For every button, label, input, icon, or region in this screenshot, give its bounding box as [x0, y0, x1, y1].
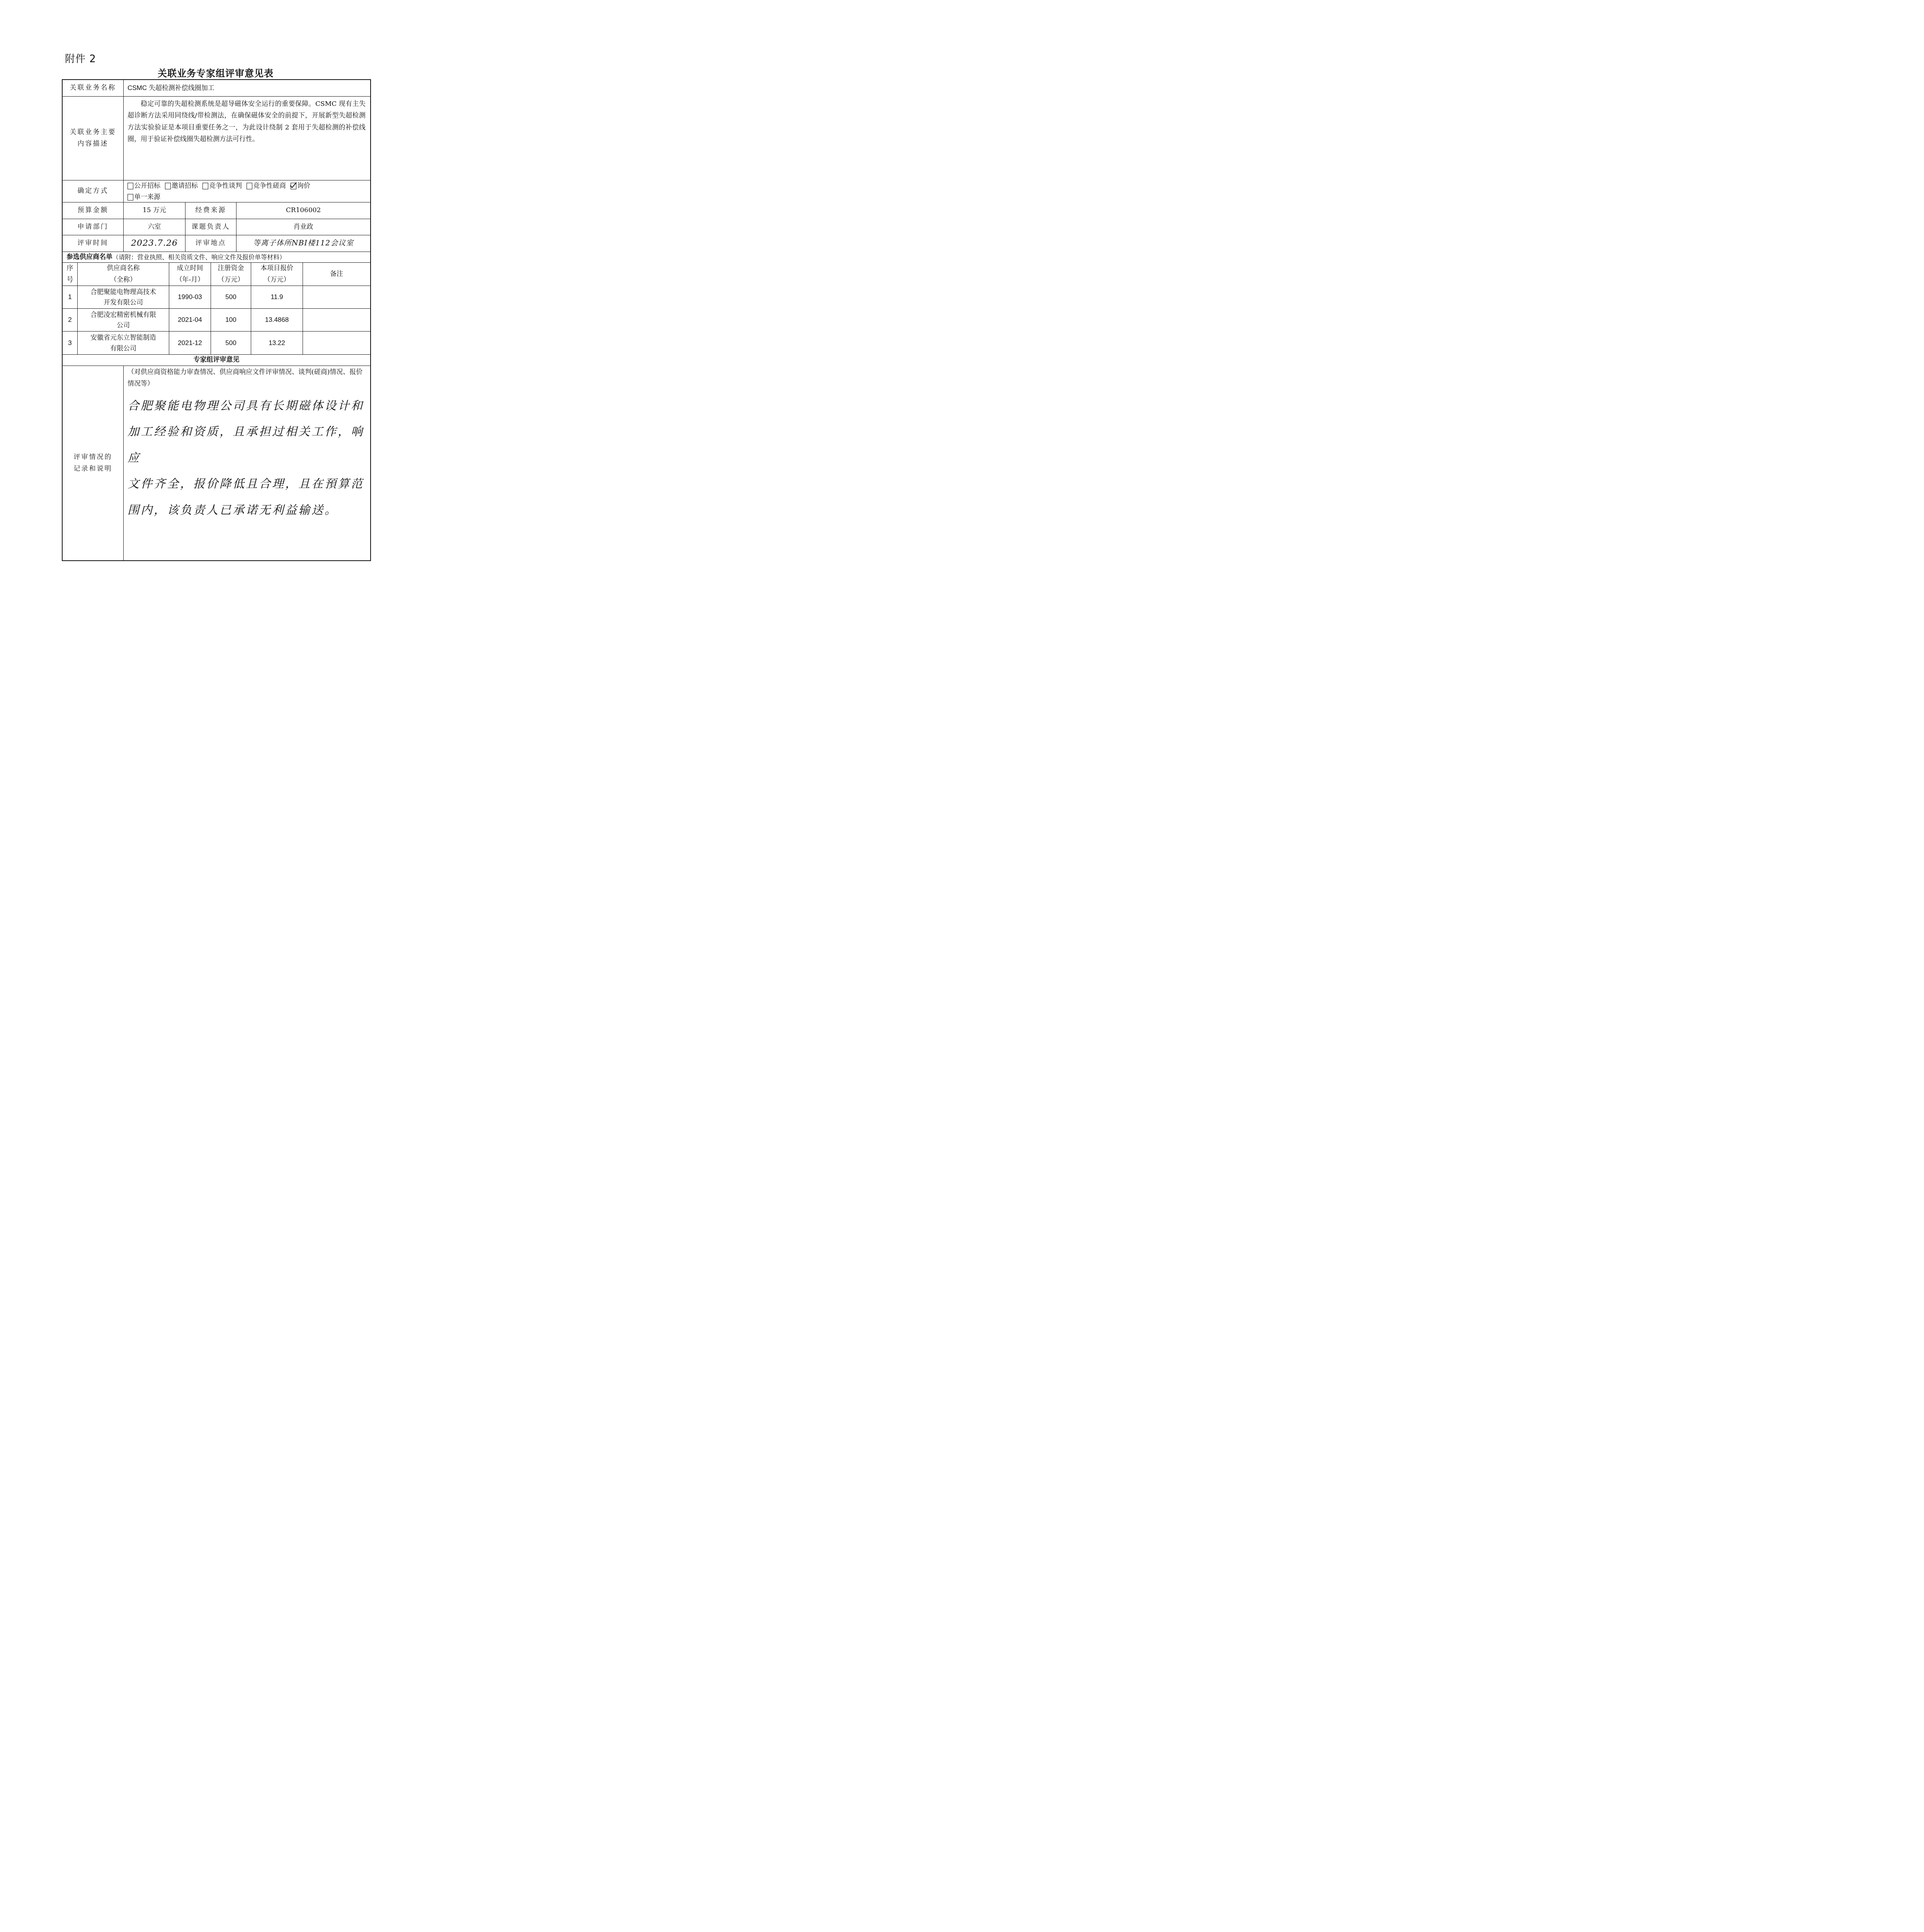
option-public-tender[interactable]: 公开招标 [128, 180, 160, 192]
handwritten-review: 合肥聚能电物理公司具有长期磁体设计和 加工经验和资质，且承担过相关工作，响应 文… [128, 393, 366, 524]
supplier-name: 合肥聚能电物理高技术 开发有限公司 [77, 286, 169, 308]
option-label: 公开招标 [134, 180, 160, 192]
review-form-table: 关联业务名称 CSMC 失超检测补偿线圈加工 关联业务主要 内容描述 稳定可靠的… [62, 79, 371, 561]
col-index-line2: 号 [67, 274, 73, 286]
founded-date: 2021-12 [169, 332, 211, 354]
supplier-name-line1: 安徽省元东立智能制造 [90, 332, 156, 343]
review-hint: （对供应商资格能力审查情况、供应商响应文件评审情况、谈判(磋商)情况、报价情况等… [128, 367, 366, 390]
remarks [303, 332, 370, 354]
row-index: 2 [63, 309, 77, 331]
attachment-label: 附件 2 [65, 51, 96, 65]
business-description-row: 关联业务主要 内容描述 稳定可靠的失超检测系统是超导磁体安全运行的重要保障。CS… [63, 97, 370, 180]
checkbox-checked-icon[interactable] [291, 183, 296, 189]
row-index: 1 [63, 286, 77, 308]
department-value: 六室 [123, 219, 185, 235]
supplier-section-title: 参选供应商名单 （请附：营业执照、相关资质文件、响应文件及报价单等材料） [63, 252, 370, 262]
supplier-note: （请附：营业执照、相关资质文件、响应文件及报价单等材料） [112, 252, 286, 263]
registered-capital: 100 [211, 309, 251, 331]
department-row: 申请部门 六室 课题负责人 肖业政 [63, 219, 370, 235]
option-label: 竞争性磋商 [253, 180, 286, 192]
checkbox-icon[interactable] [202, 183, 208, 189]
table-row: 1 合肥聚能电物理高技术 开发有限公司 1990-03 500 11.9 [63, 286, 370, 309]
business-description-label: 关联业务主要 内容描述 [63, 97, 123, 180]
review-time-value: 2023.7.26 [123, 235, 185, 252]
budget-label: 预算金额 [63, 202, 123, 219]
description-text: 稳定可靠的失超检测系统是超导磁体安全运行的重要保障。CSMC 现有主失超诊断方法… [128, 98, 366, 145]
business-name-row: 关联业务名称 CSMC 失超检测补偿线圈加工 [63, 80, 370, 97]
project-lead-label: 课题负责人 [185, 219, 236, 235]
registered-capital: 500 [211, 286, 251, 308]
col-index-header: 序 号 [63, 263, 77, 286]
option-invited-tender[interactable]: 邀请招标 [165, 180, 198, 192]
review-location-label: 评审地点 [185, 235, 236, 252]
option-label: 竞争性谈判 [209, 180, 242, 192]
business-name-value: CSMC 失超检测补偿线圈加工 [123, 80, 370, 96]
remarks [303, 309, 370, 331]
col-capital-line2: （万元） [218, 274, 244, 286]
col-name-header: 供应商名称 （全称） [77, 263, 169, 286]
option-label: 单一来源 [134, 192, 160, 203]
col-capital-line1: 注册资金 [218, 263, 244, 274]
col-quote-line1: 本项目报价 [260, 263, 293, 274]
supplier-name: 安徽省元东立智能制造 有限公司 [77, 332, 169, 354]
col-capital-header: 注册资金 （万元） [211, 263, 251, 286]
checkbox-icon[interactable] [165, 183, 171, 189]
supplier-section-header: 参选供应商名单 （请附：营业执照、相关资质文件、响应文件及报价单等材料） [63, 252, 370, 263]
table-row: 2 合肥凌宏精密机械有限 公司 2021-04 100 13.4868 [63, 309, 370, 332]
col-founded-line1: 成立时间 [177, 263, 203, 274]
expert-review-title: 专家组评审意见 [63, 355, 370, 366]
fund-source-label: 经费来源 [185, 202, 236, 219]
quote: 13.22 [251, 332, 303, 354]
remarks [303, 286, 370, 308]
business-description-value: 稳定可靠的失超检测系统是超导磁体安全运行的重要保障。CSMC 现有主失超诊断方法… [123, 97, 370, 180]
quote: 11.9 [251, 286, 303, 308]
checkbox-icon[interactable] [247, 183, 252, 189]
handwritten-line: 加工经验和资质，且承担过相关工作，响应 [128, 419, 366, 471]
supplier-name-line2: 开发有限公司 [104, 297, 143, 308]
option-label: 询价 [297, 180, 310, 192]
col-founded-line2: （年-月） [176, 274, 204, 286]
budget-row: 预算金额 15 万元 经费来源 CR106002 [63, 202, 370, 219]
col-quote-line2: （万元） [264, 274, 290, 286]
supplier-name-line1: 合肥聚能电物理高技术 [90, 287, 156, 297]
option-competitive-consultation[interactable]: 竞争性磋商 [247, 180, 286, 192]
registered-capital: 500 [211, 332, 251, 354]
supplier-table-header: 序 号 供应商名称 （全称） 成立时间 （年-月） 注册资金 （万元） 本项目报… [63, 263, 370, 286]
description-label-line2: 内容描述 [78, 138, 109, 150]
row-index: 3 [63, 332, 77, 354]
supplier-name-line2: 有限公司 [110, 343, 136, 354]
review-location-value: 等离子体所NBI楼112会议室 [236, 235, 370, 252]
review-record-label-line1: 评审情况的 [74, 452, 112, 463]
handwritten-line: 文件齐全，报价降低且合理，且在預算范 [128, 471, 366, 497]
supplier-name: 合肥凌宏精密机械有限 公司 [77, 309, 169, 331]
review-time-row: 评审时间 2023.7.26 评审地点 等离子体所NBI楼112会议室 [63, 235, 370, 252]
col-name-line1: 供应商名称 [107, 263, 140, 274]
procurement-method-options: 公开招标 邀请招标 竞争性谈判 竞争性磋商 询价 单一来源 [123, 180, 370, 202]
col-remarks-header: 备注 [303, 263, 370, 286]
checkbox-icon[interactable] [128, 183, 133, 189]
founded-date: 2021-04 [169, 309, 211, 331]
review-time-label: 评审时间 [63, 235, 123, 252]
department-label: 申请部门 [63, 219, 123, 235]
handwritten-line: 围内，该负责人已承诺无利益输送。 [128, 497, 366, 524]
fund-source-value: CR106002 [236, 202, 370, 219]
supplier-title: 参选供应商名单 [66, 252, 112, 263]
description-label-line1: 关联业务主要 [70, 127, 116, 138]
review-record-content: （对供应商资格能力审查情况、供应商响应文件评审情况、谈判(磋商)情况、报价情况等… [123, 366, 370, 560]
option-competitive-negotiation[interactable]: 竞争性谈判 [202, 180, 242, 192]
col-quote-header: 本项目报价 （万元） [251, 263, 303, 286]
option-inquiry[interactable]: 询价 [291, 180, 310, 192]
col-founded-header: 成立时间 （年-月） [169, 263, 211, 286]
quote: 13.4868 [251, 309, 303, 331]
col-name-line2: （全称） [110, 274, 136, 286]
supplier-name-line2: 公司 [117, 320, 130, 330]
expert-review-header: 专家组评审意见 [63, 355, 370, 366]
option-single-source[interactable]: 单一来源 [128, 192, 160, 203]
procurement-method-row: 确定方式 公开招标 邀请招标 竞争性谈判 竞争性磋商 询价 单一来源 [63, 180, 370, 202]
review-record-label: 评审情况的 记录和说明 [63, 366, 123, 560]
procurement-method-label: 确定方式 [63, 180, 123, 202]
handwritten-line: 合肥聚能电物理公司具有长期磁体设计和 [128, 393, 366, 419]
expert-review-notes-row: 评审情况的 记录和说明 （对供应商资格能力审查情况、供应商响应文件评审情况、谈判… [63, 366, 370, 560]
project-lead-value: 肖业政 [236, 219, 370, 235]
review-record-label-line2: 记录和说明 [74, 463, 112, 475]
founded-date: 1990-03 [169, 286, 211, 308]
supplier-name-line1: 合肥凌宏精密机械有限 [90, 310, 156, 320]
option-label: 邀请招标 [172, 180, 198, 192]
form-title: 关联业务专家组评审意见表 [0, 66, 431, 79]
business-name-label: 关联业务名称 [63, 80, 123, 96]
table-row: 3 安徽省元东立智能制造 有限公司 2021-12 500 13.22 [63, 332, 370, 355]
col-index-line1: 序 [67, 263, 73, 274]
budget-value: 15 万元 [123, 202, 185, 219]
checkbox-icon[interactable] [128, 194, 133, 201]
